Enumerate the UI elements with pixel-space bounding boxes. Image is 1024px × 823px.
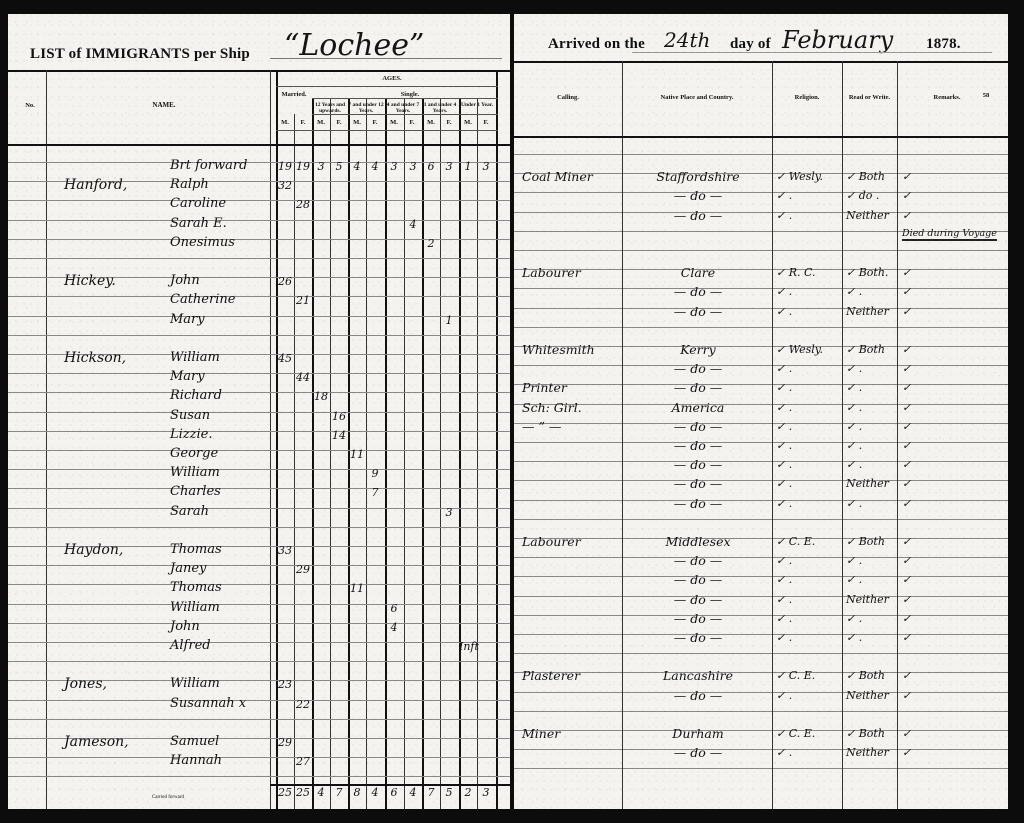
given-name: Thomas	[170, 542, 222, 557]
read-write: ✓ Both.	[846, 266, 888, 279]
total-value: 4	[404, 786, 422, 799]
religion: ✓ .	[776, 401, 792, 414]
col-no: No.	[10, 102, 50, 109]
brought-forward-value: 3	[477, 160, 495, 173]
age-c1m: 2	[422, 237, 440, 250]
age-mm: 45	[276, 352, 294, 365]
total-value: 7	[422, 786, 440, 799]
given-name: Samuel	[170, 734, 219, 749]
read-write: ✓ Both	[846, 170, 885, 183]
remark-check: ✓	[902, 285, 911, 298]
given-name: Ralph	[170, 177, 209, 192]
given-name: Lizzie.	[170, 427, 212, 442]
read-write: ✓ .	[846, 497, 862, 510]
native-place: — do —	[628, 188, 768, 203]
remark-check: ✓	[902, 689, 911, 702]
read-write: ✓ do .	[846, 189, 879, 202]
brought-forward-value: 5	[330, 160, 348, 173]
read-write: ✓ .	[846, 439, 862, 452]
age-c7f: 9	[366, 467, 384, 480]
right-page: Arrived on the 24th day of February 1878…	[514, 14, 1008, 809]
remark-check: ✓	[902, 458, 911, 471]
col-age-group-4: Under 1 Year.	[459, 102, 495, 108]
col-married-m: M.	[276, 119, 294, 126]
read-write: ✓ .	[846, 381, 862, 394]
calling: Printer	[522, 380, 567, 395]
col-age-m: M.	[348, 119, 366, 126]
arrival-line: Arrived on the	[548, 36, 645, 53]
day-of-label: day of	[730, 36, 771, 53]
age-c7f: 7	[366, 486, 384, 499]
age-mm: 32	[276, 179, 294, 192]
age-c7m: 11	[348, 582, 366, 595]
col-native-place: Native Place and Country.	[622, 94, 772, 101]
native-place: — do —	[628, 630, 768, 645]
total-value: 8	[348, 786, 366, 799]
given-name: Hannah	[170, 753, 222, 768]
native-place: — do —	[628, 572, 768, 587]
remark-check: ✓	[902, 189, 911, 202]
remark-check: ✓	[902, 535, 911, 548]
read-write: ✓ .	[846, 401, 862, 414]
remark-check: ✓	[902, 381, 911, 394]
read-write: Neither	[846, 746, 889, 759]
list-title: LIST of IMMIGRANTS per Ship	[30, 46, 250, 63]
surname: Hickson,	[64, 350, 126, 366]
read-write: ✓ Both	[846, 727, 885, 740]
native-place: — do —	[628, 380, 768, 395]
brought-forward-value: 3	[440, 160, 458, 173]
read-write: ✓ .	[846, 573, 862, 586]
native-place: — do —	[628, 284, 768, 299]
native-place: Staffordshire	[628, 169, 768, 184]
religion: ✓ .	[776, 554, 792, 567]
brought-forward-value: 19	[294, 160, 312, 173]
remark-check: ✓	[902, 631, 911, 644]
remark-check: ✓	[902, 497, 911, 510]
col-age-group-1: 7 and under 12 Years.	[348, 102, 384, 114]
religion: ✓ .	[776, 285, 792, 298]
given-name: William	[170, 350, 220, 365]
given-name: Charles	[170, 484, 221, 499]
religion: ✓ .	[776, 593, 792, 606]
native-place: Middlesex	[628, 534, 768, 549]
age-mf: 21	[294, 294, 312, 307]
calling: Labourer	[522, 534, 581, 549]
remark-check: ✓	[902, 554, 911, 567]
total-value: 6	[385, 786, 403, 799]
given-name: Janey	[170, 561, 206, 576]
remark-check: ✓	[902, 305, 911, 318]
col-age-m: M.	[422, 119, 440, 126]
remark-check: ✓	[902, 669, 911, 682]
col-married: Married.	[276, 91, 312, 98]
given-name: William	[170, 600, 220, 615]
remark-check: ✓	[902, 593, 911, 606]
col-age-f: F.	[440, 119, 458, 126]
read-write: ✓ .	[846, 612, 862, 625]
religion: ✓ .	[776, 189, 792, 202]
col-age-f: F.	[330, 119, 348, 126]
age-s12f: 14	[330, 429, 348, 442]
total-value: 5	[440, 786, 458, 799]
remark-check: ✓	[902, 727, 911, 740]
remark-check: ✓	[902, 362, 911, 375]
age-mf: 22	[294, 698, 312, 711]
given-name: Onesimus	[170, 235, 235, 250]
arrival-day: 24th	[664, 28, 710, 52]
calling: Whitesmith	[522, 342, 595, 357]
calling: Miner	[522, 726, 560, 741]
brought-forward-value: 3	[385, 160, 403, 173]
brought-forward-value: 6	[422, 160, 440, 173]
read-write: Neither	[846, 593, 889, 606]
remark-check: ✓	[902, 420, 911, 433]
remark-check: ✓	[902, 343, 911, 356]
religion: ✓ Wesly.	[776, 343, 823, 356]
read-write: ✓ .	[846, 631, 862, 644]
surname: Jones,	[64, 676, 107, 692]
remark-check: ✓	[902, 266, 911, 279]
religion: ✓ .	[776, 612, 792, 625]
read-write: Neither	[846, 209, 889, 222]
religion: ✓ .	[776, 689, 792, 702]
given-name: Mary	[170, 312, 205, 327]
religion: ✓ .	[776, 362, 792, 375]
remark-check: ✓	[902, 209, 911, 222]
read-write: Neither	[846, 689, 889, 702]
col-read-write: Read or Write.	[842, 94, 897, 101]
read-write: Neither	[846, 305, 889, 318]
given-name: John	[170, 273, 200, 288]
age-mm: 33	[276, 544, 294, 557]
col-age-m: M.	[385, 119, 403, 126]
given-name: Alfred	[170, 638, 211, 653]
read-write: ✓ .	[846, 458, 862, 471]
col-name: NAME.	[54, 102, 274, 109]
native-place: Kerry	[628, 342, 768, 357]
col-single: Single.	[313, 91, 507, 98]
native-place: Clare	[628, 265, 768, 280]
col-calling: Calling.	[514, 94, 622, 101]
given-name: Catherine	[170, 292, 235, 307]
native-place: — do —	[628, 438, 768, 453]
col-age-f: F.	[403, 119, 421, 126]
surname: Jameson,	[64, 734, 129, 750]
surname: Hanford,	[64, 177, 127, 193]
religion: ✓ .	[776, 477, 792, 490]
total-value: 4	[312, 786, 330, 799]
native-place: — do —	[628, 496, 768, 511]
carried-forward-label: Carried forward	[128, 794, 208, 801]
religion: ✓ C. E.	[776, 727, 815, 740]
age-mf: 27	[294, 755, 312, 768]
brought-forward-value: 3	[404, 160, 422, 173]
religion: ✓ .	[776, 497, 792, 510]
page-mark: 58	[976, 92, 996, 99]
remark-check: ✓	[902, 439, 911, 452]
remark-check: ✓	[902, 401, 911, 414]
religion: ✓ C. E.	[776, 669, 815, 682]
native-place: — do —	[628, 208, 768, 223]
remark-check: ✓	[902, 746, 911, 759]
given-name: Susannah x	[170, 696, 246, 711]
age-mf: 28	[294, 198, 312, 211]
native-place: — do —	[628, 688, 768, 703]
native-place: — do —	[628, 476, 768, 491]
religion: ✓ R. C.	[776, 266, 816, 279]
given-name: William	[170, 465, 220, 480]
remark-check: ✓	[902, 573, 911, 586]
religion: ✓ .	[776, 573, 792, 586]
age-s12m: 18	[312, 390, 330, 403]
read-write: Neither	[846, 477, 889, 490]
religion: ✓ C. E.	[776, 535, 815, 548]
religion: ✓ .	[776, 305, 792, 318]
age-mm: 23	[276, 678, 294, 691]
col-religion: Religion.	[772, 94, 842, 101]
arrival-month: February	[782, 26, 893, 54]
remark-check: ✓	[902, 477, 911, 490]
religion: ✓ .	[776, 420, 792, 433]
read-write: ✓ .	[846, 420, 862, 433]
read-write: ✓ Both	[846, 669, 885, 682]
total-value: 25	[294, 786, 312, 799]
age-c1f: 1	[440, 314, 458, 327]
religion: ✓ .	[776, 458, 792, 471]
col-age-group-0: 12 Years and upwards.	[312, 102, 348, 114]
native-place: — do —	[628, 457, 768, 472]
read-write: ✓ .	[846, 554, 862, 567]
native-place: — do —	[628, 592, 768, 607]
calling: Sch: Girl.	[522, 400, 582, 415]
col-age-group-3: 1 and under 4 Years.	[422, 102, 458, 114]
given-name: John	[170, 619, 200, 634]
age-c4f: 4	[404, 218, 422, 231]
remark-check: ✓	[902, 612, 911, 625]
calling: Coal Miner	[522, 169, 593, 184]
given-name: William	[170, 676, 220, 691]
religion: ✓ .	[776, 381, 792, 394]
total-value: 4	[366, 786, 384, 799]
surname: Hickey.	[64, 273, 116, 289]
read-write: ✓ .	[846, 285, 862, 298]
remark-check: ✓	[902, 170, 911, 183]
total-value: 7	[330, 786, 348, 799]
brought-forward-value: 4	[366, 160, 384, 173]
col-married-f: F.	[294, 119, 312, 126]
native-place: — do —	[628, 304, 768, 319]
col-age-f: F.	[477, 119, 495, 126]
col-age-group-2: 4 and under 7 Years.	[385, 102, 421, 114]
native-place: — do —	[628, 745, 768, 760]
age-c4m: 4	[385, 621, 403, 634]
age-mf: 29	[294, 563, 312, 576]
brought-forward-value: 1	[459, 160, 477, 173]
brought-forward-value: 3	[312, 160, 330, 173]
age-c1f: 3	[440, 506, 458, 519]
given-name: Caroline	[170, 196, 226, 211]
given-name: Richard	[170, 388, 222, 403]
col-ages: AGES.	[276, 75, 508, 82]
given-name: George	[170, 446, 218, 461]
given-name: Mary	[170, 369, 205, 384]
native-place: Durham	[628, 726, 768, 741]
religion: ✓ .	[776, 631, 792, 644]
given-name: Sarah	[170, 504, 209, 519]
native-place: — do —	[628, 419, 768, 434]
calling: — ” —	[522, 419, 561, 434]
read-write: ✓ Both	[846, 343, 885, 356]
remark-note: Died during Voyage	[902, 228, 997, 241]
brought-forward-value: 19	[276, 160, 294, 173]
native-place: Lancashire	[628, 668, 768, 683]
brought-forward-label: Brt forward	[170, 158, 247, 173]
religion: ✓ .	[776, 209, 792, 222]
native-place: — do —	[628, 361, 768, 376]
age-mm: 26	[276, 275, 294, 288]
age-c7m: 11	[348, 448, 366, 461]
age-mm: 29	[276, 736, 294, 749]
surname: Haydon,	[64, 542, 123, 558]
col-age-m: M.	[459, 119, 477, 126]
arrival-year: 1878.	[926, 36, 961, 53]
calling: Plasterer	[522, 668, 580, 683]
brought-forward-value: 4	[348, 160, 366, 173]
col-age-m: M.	[312, 119, 330, 126]
total-value: 2	[459, 786, 477, 799]
total-value: 25	[276, 786, 294, 799]
age-c4m: 6	[385, 602, 403, 615]
calling: Labourer	[522, 265, 581, 280]
given-name: Sarah E.	[170, 216, 227, 231]
given-name: Susan	[170, 408, 210, 423]
age-infm: Inft	[459, 640, 477, 653]
native-place: America	[628, 400, 768, 415]
religion: ✓ .	[776, 746, 792, 759]
left-page: LIST of IMMIGRANTS per Ship “Lochee” No.…	[8, 14, 510, 809]
religion: ✓ .	[776, 439, 792, 452]
age-s12f: 16	[330, 410, 348, 423]
religion: ✓ Wesly.	[776, 170, 823, 183]
native-place: — do —	[628, 611, 768, 626]
read-write: ✓ .	[846, 362, 862, 375]
col-age-f: F.	[366, 119, 384, 126]
native-place: — do —	[628, 553, 768, 568]
age-mf: 44	[294, 371, 312, 384]
given-name: Thomas	[170, 580, 222, 595]
total-value: 3	[477, 786, 495, 799]
read-write: ✓ Both	[846, 535, 885, 548]
